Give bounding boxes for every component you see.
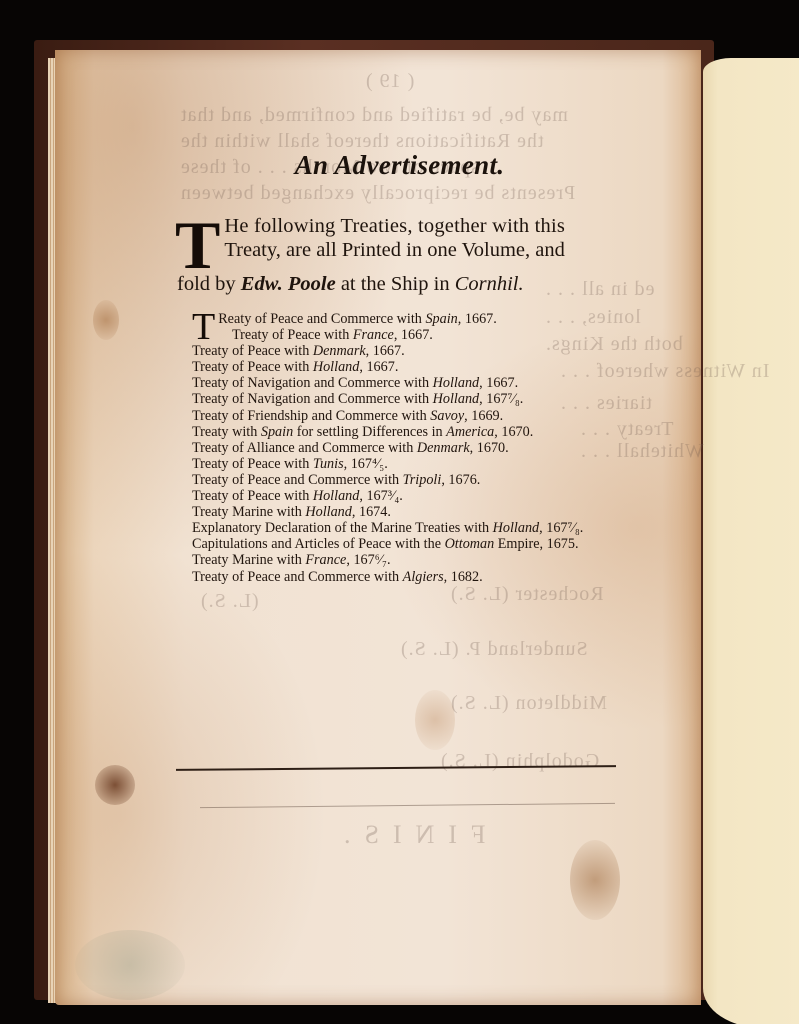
list-item: Treaty of Peace and Commerce with Algier…: [192, 569, 632, 585]
list-item: Treaty of Peace with Tunis, 167⁴⁄₅.: [192, 456, 632, 472]
treaty-list: T Reaty of Peace and Commerce with Spain…: [192, 311, 632, 585]
foxing-stain: [95, 765, 135, 805]
list-item: Treaty of Navigation and Commerce with H…: [192, 375, 632, 391]
list-item: Treaty Marine with Holland, 1674.: [192, 504, 632, 520]
intro-text: at the Ship in: [336, 273, 455, 295]
intro-line: Treaty, are all Printed in one Volume, a…: [177, 238, 637, 262]
list-item: Treaty of Peace with France, 1667.: [192, 327, 632, 343]
bleed-finis: FINIS.: [330, 820, 486, 850]
list-item: Treaty of Friendship and Commerce with S…: [192, 408, 632, 424]
list-item: Treaty with Spain for settling Differenc…: [192, 424, 632, 440]
list-item: Treaty of Peace with Holland, 167³⁄₄.: [192, 488, 632, 504]
foxing-stain: [570, 840, 620, 920]
list-item: Explanatory Declaration of the Marine Tr…: [192, 520, 632, 536]
bleed-seal: (L. S.): [200, 590, 259, 613]
intro-line: He following Treaties, together with thi…: [177, 214, 637, 238]
list-item: Reaty of Peace and Commerce with Spain, …: [192, 311, 632, 327]
bleed-signature: Rochester (L. S.): [450, 583, 604, 606]
drop-cap: T: [175, 218, 220, 272]
list-item: Treaty Marine with France, 167⁶⁄₇.: [192, 552, 632, 568]
list-item: Treaty of Peace with Denmark, 1667.: [192, 343, 632, 359]
bleed-signature: Middleton (L. S.): [450, 692, 607, 715]
intro-text: fold by: [177, 273, 241, 295]
bleed-signature: Sunderland P. (L. S.): [400, 638, 588, 661]
water-stain: [75, 930, 185, 1000]
intro-paragraph: T He following Treaties, together with t…: [177, 214, 637, 296]
printer-name: Edw. Poole: [241, 273, 336, 295]
bleed-signature: Godolphin (L. S.): [440, 750, 599, 773]
foxing-stain: [415, 690, 455, 750]
list-item: Treaty of Navigation and Commerce with H…: [192, 391, 632, 407]
list-item: Treaty of Peace with Holland, 1667.: [192, 359, 632, 375]
bleed-line: Presents be reciprocally exchanged betwe…: [180, 182, 575, 205]
place-name: Cornhil.: [455, 273, 524, 295]
bleed-line: may be, be ratified and confirmed, and t…: [180, 104, 568, 127]
bleed-page-number: ( 19 ): [365, 70, 414, 93]
list-item: Treaty of Alliance and Commerce with Den…: [192, 440, 632, 456]
list-item: Capitulations and Articles of Peace with…: [192, 536, 632, 552]
list-item: Treaty of Peace and Commerce with Tripol…: [192, 472, 632, 488]
page-title: An Advertisement.: [0, 150, 799, 181]
facing-page: [703, 58, 799, 1024]
drop-cap: T: [192, 312, 215, 342]
intro-line: fold by Edw. Poole at the Ship in Cornhi…: [177, 272, 637, 296]
foxing-stain: [93, 300, 119, 340]
